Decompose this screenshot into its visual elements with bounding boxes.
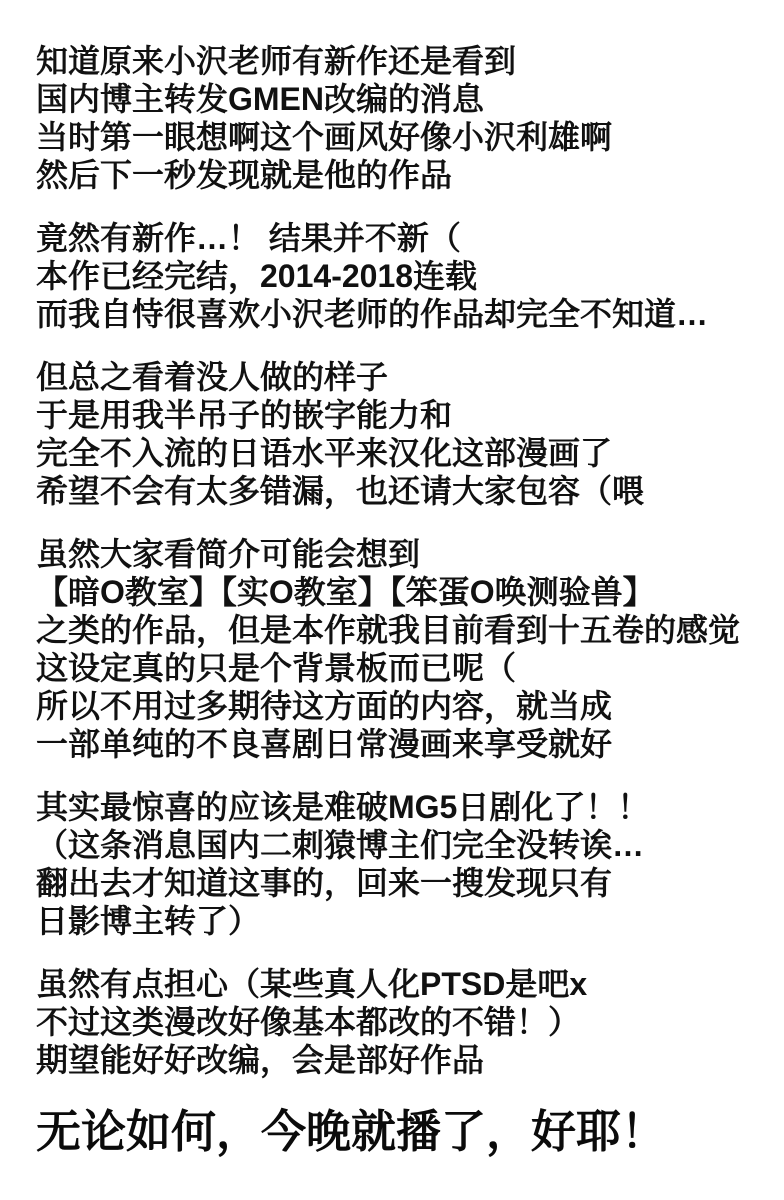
text-line: 虽然大家看简介可能会想到 (36, 535, 764, 573)
paragraph-4: 虽然大家看简介可能会想到 【暗O教室】【实O教室】【笨蛋O唤测验兽】 之类的作品… (36, 535, 764, 763)
paragraph-5: 其实最惊喜的应该是难破MG5日剧化了！！ （这条消息国内二刺猿博主们完全没转诶…… (36, 788, 764, 940)
text-line: 【暗O教室】【实O教室】【笨蛋O唤测验兽】 (36, 573, 764, 611)
text-line: 不过这类漫改好像基本都改的不错！） (36, 1003, 764, 1041)
text-line: 希望不会有太多错漏，也还请大家包容（喂 (36, 472, 764, 510)
note-page: 知道原来小沢老师有新作还是看到 国内博主转发GMEN改编的消息 当时第一眼想啊这… (0, 0, 784, 1200)
text-line: 一部单纯的不良喜剧日常漫画来享受就好 (36, 725, 764, 763)
paragraph-3: 但总之看着没人做的样子 于是用我半吊子的嵌字能力和 完全不入流的日语水平来汉化这… (36, 358, 764, 510)
text-line: 所以不用过多期待这方面的内容，就当成 (36, 687, 764, 725)
paragraph-2: 竟然有新作…！ 结果并不新（ 本作已经完结，2014-2018连载 而我自恃很喜… (36, 219, 764, 333)
text-line: 当时第一眼想啊这个画风好像小沢利雄啊 (36, 118, 764, 156)
paragraph-1: 知道原来小沢老师有新作还是看到 国内博主转发GMEN改编的消息 当时第一眼想啊这… (36, 42, 764, 194)
text-line: 翻出去才知道这事的，回来一搜发现只有 (36, 864, 764, 902)
text-line: 国内博主转发GMEN改编的消息 (36, 80, 764, 118)
text-line: 日影博主转了） (36, 902, 764, 940)
text-line: 这设定真的只是个背景板而已呢（ (36, 649, 764, 687)
text-line: 其实最惊喜的应该是难破MG5日剧化了！！ (36, 788, 764, 826)
text-line: 本作已经完结，2014-2018连载 (36, 257, 764, 295)
text-line: 于是用我半吊子的嵌字能力和 (36, 396, 764, 434)
text-line: （这条消息国内二刺猿博主们完全没转诶… (36, 826, 764, 864)
paragraph-6: 虽然有点担心（某些真人化PTSD是吧x 不过这类漫改好像基本都改的不错！） 期望… (36, 965, 764, 1079)
closing-line: 无论如何，今晚就播了，好耶！ (36, 1104, 764, 1160)
text-line: 之类的作品，但是本作就我目前看到十五卷的感觉 (36, 611, 764, 649)
text-line: 而我自恃很喜欢小沢老师的作品却完全不知道… (36, 295, 764, 333)
text-line: 知道原来小沢老师有新作还是看到 (36, 42, 764, 80)
text-line: 但总之看着没人做的样子 (36, 358, 764, 396)
text-line: 竟然有新作…！ 结果并不新（ (36, 219, 764, 257)
text-line: 虽然有点担心（某些真人化PTSD是吧x (36, 965, 764, 1003)
text-line: 然后下一秒发现就是他的作品 (36, 156, 764, 194)
text-line: 完全不入流的日语水平来汉化这部漫画了 (36, 434, 764, 472)
text-line: 期望能好好改编，会是部好作品 (36, 1041, 764, 1079)
